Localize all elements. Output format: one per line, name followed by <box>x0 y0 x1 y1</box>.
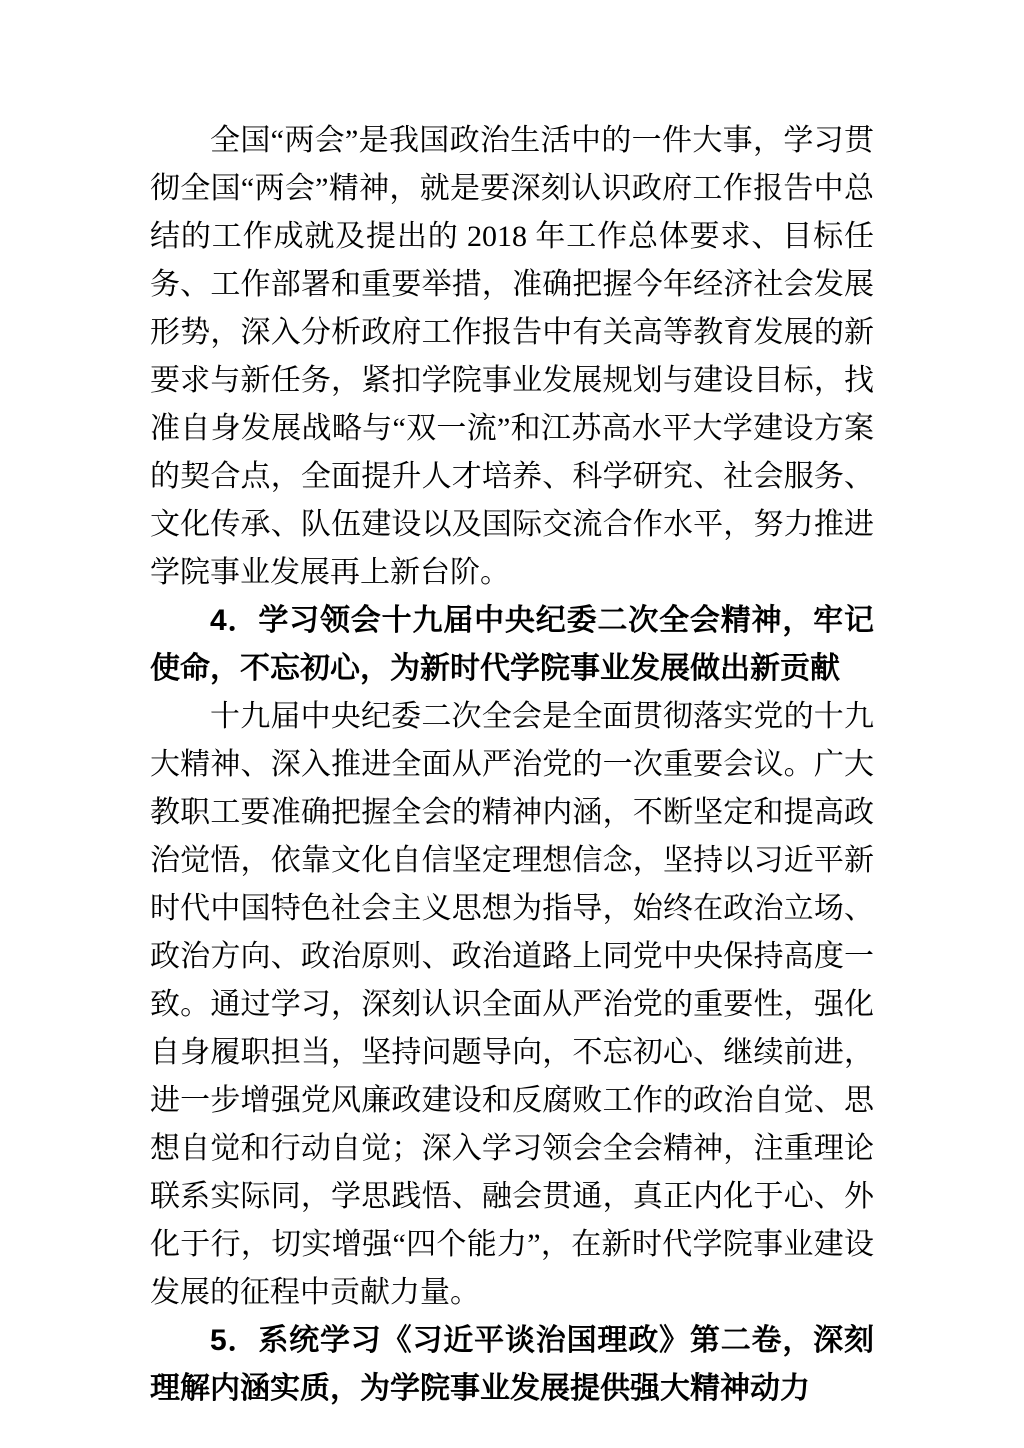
heading-section-5: 5．系统学习《习近平谈治国理政》第二卷，深刻理解内涵实质，为学院事业发展提供强大… <box>150 1317 874 1413</box>
paragraph-national-two-sessions: 全国“两会”是我国政治生活中的一件大事，学习贯彻全国“两会”精神，就是要深刻认识… <box>150 117 874 597</box>
document-page: 全国“两会”是我国政治生活中的一件大事，学习贯彻全国“两会”精神，就是要深刻认识… <box>0 0 1024 1448</box>
heading-section-4: 4．学习领会十九届中央纪委二次全会精神，牢记使命，不忘初心，为新时代学院事业发展… <box>150 597 874 693</box>
paragraph-ccdi-second-plenary: 十九届中央纪委二次全会是全面贯彻落实党的十九大精神、深入推进全面从严治党的一次重… <box>150 693 874 1317</box>
